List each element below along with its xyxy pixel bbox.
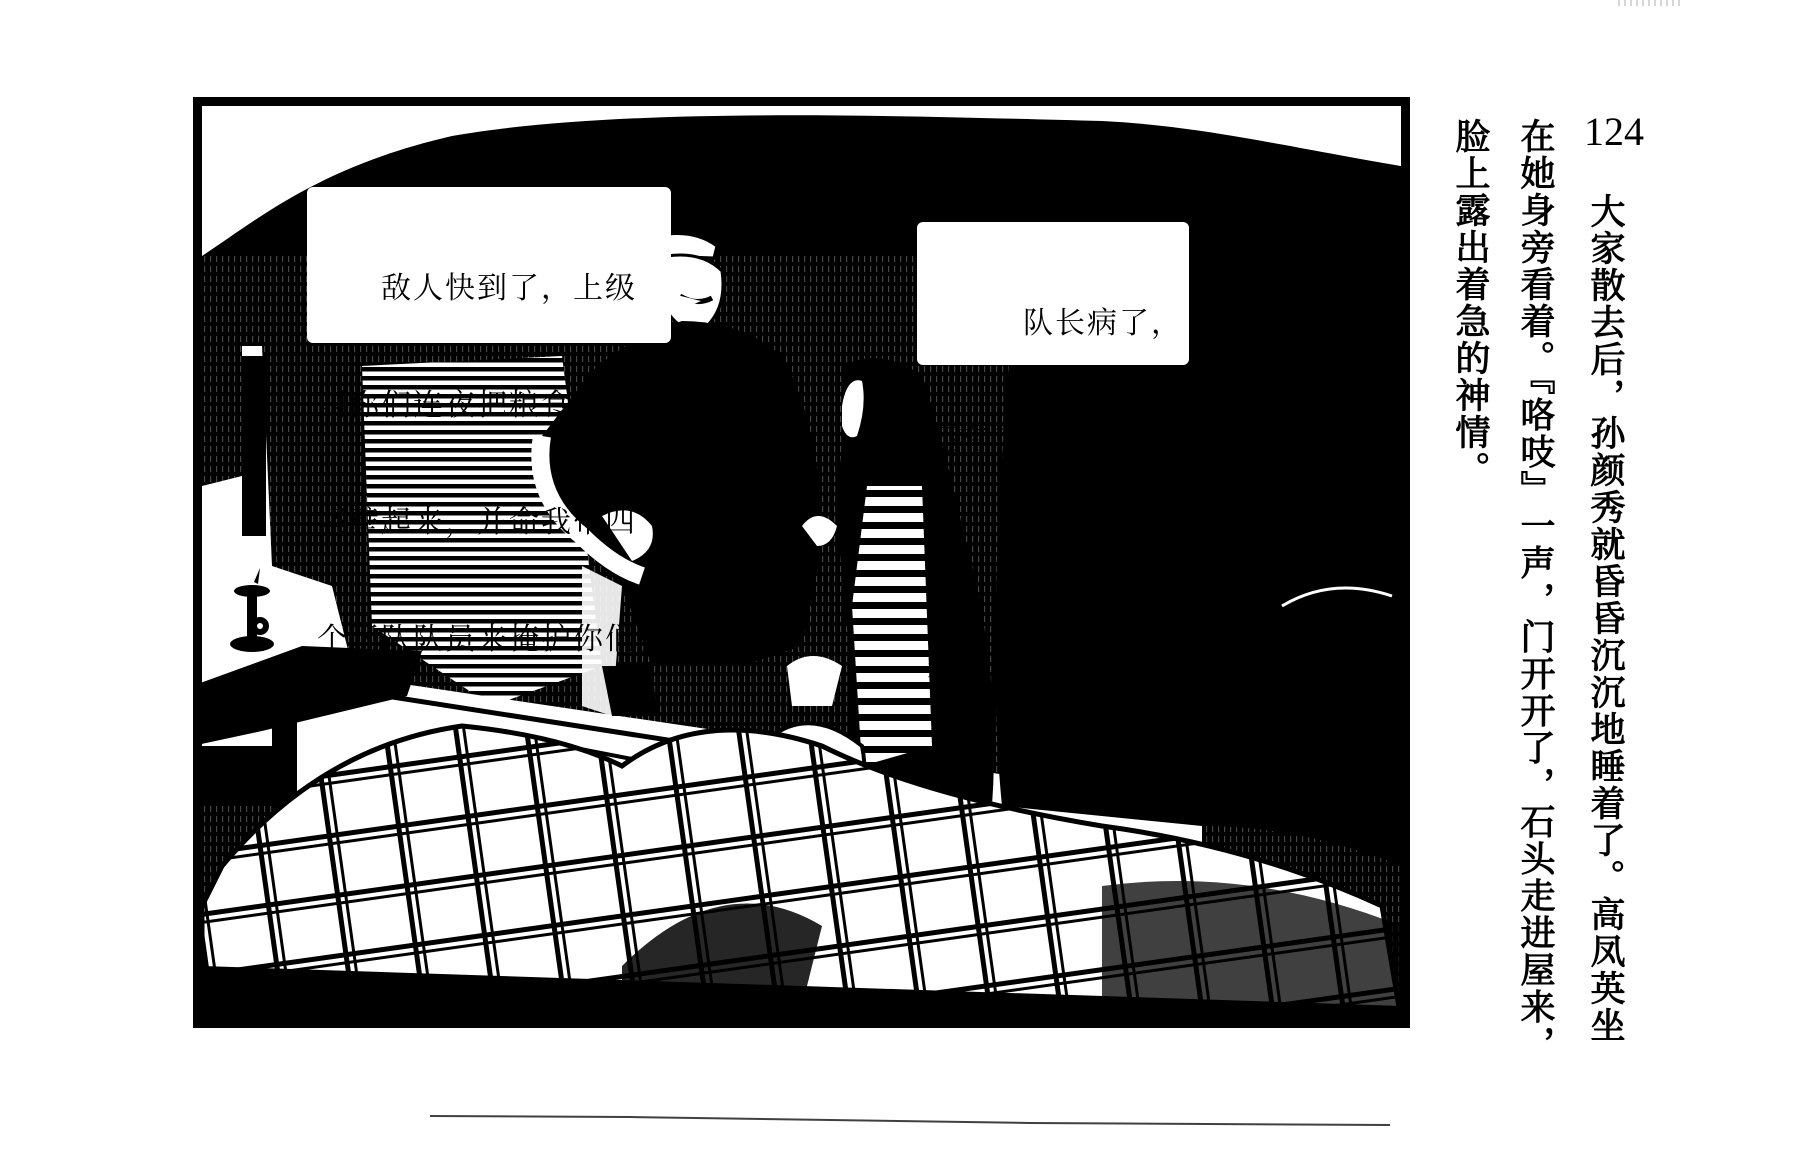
page-number: 124	[1584, 112, 1644, 152]
caption-column-1: 大家散去后，孙颜秀就昏昏沉沉地睡着了。高凤英坐	[1585, 193, 1625, 1152]
bubble-line: 坚壁起来，并命我带四	[317, 503, 661, 542]
bubble-tail	[669, 293, 701, 315]
speech-bubble-soldier: 敌人快到了，上级 叫你们连夜把粮食家具 坚壁起来，并命我带四 个区队队员来掩护你…	[307, 187, 671, 343]
caption-column-2: 在她身旁看着。『咯吱』一声，门开开了，石头走进屋来，	[1515, 118, 1555, 1078]
bubble-line: 布置工作！	[927, 655, 1179, 694]
bubble-line: 队长病了，	[927, 304, 1179, 343]
speech-bubble-woman: 队长病了， 还有咱青妇队员 呢，走！咱们快去 布置工作！	[917, 222, 1189, 365]
comic-panel: 敌人快到了，上级 叫你们连夜把粮食家具 坚壁起来，并命我带四 个区队队员来掩护你…	[193, 97, 1410, 1028]
bubble-line: 个区队队员来掩护你们。	[317, 620, 661, 659]
bubble-line: 还有咱青妇队员	[927, 421, 1179, 460]
bubble-line: 敌人快到了，上级	[317, 269, 661, 308]
caption-column-3: 脸上露出着急的神情。	[1450, 118, 1490, 1078]
bubble-line: 呢，走！咱们快去	[927, 538, 1179, 577]
scan-artifact-bottom	[430, 1113, 1390, 1127]
scan-artifact-top	[1618, 0, 1683, 6]
bubble-line: 叫你们连夜把粮食家具	[317, 386, 661, 425]
